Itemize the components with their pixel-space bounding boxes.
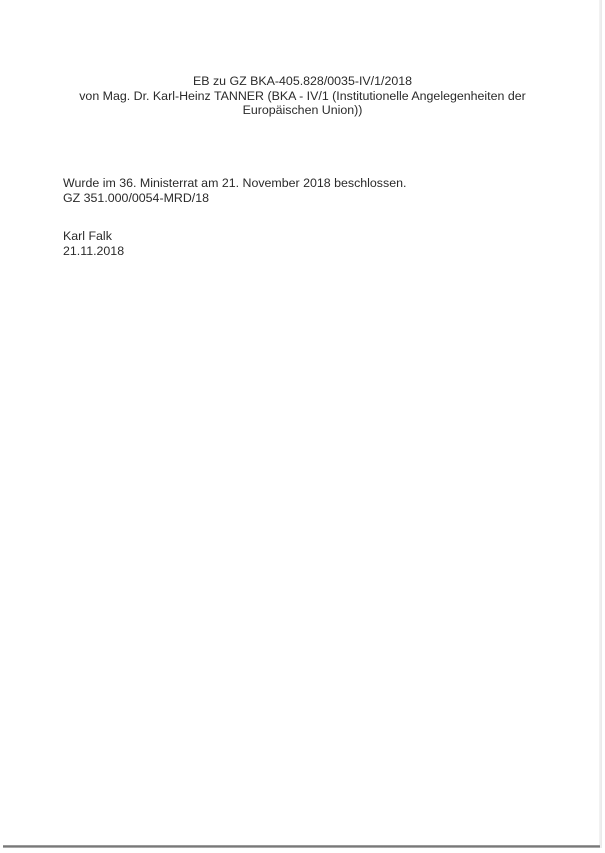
page-edge-shadow-right <box>599 0 602 848</box>
file-reference-line: EB zu GZ BKA-405.828/0035-IV/1/2018 <box>40 74 565 89</box>
decision-reference: GZ 351.000/0054-MRD/18 <box>63 191 406 206</box>
decision-text: Wurde im 36. Ministerrat am 21. November… <box>63 176 406 191</box>
signature-block: Karl Falk 21.11.2018 <box>63 229 124 258</box>
signatory-name: Karl Falk <box>63 229 124 244</box>
document-header: EB zu GZ BKA-405.828/0035-IV/1/2018 von … <box>40 74 565 118</box>
page-edge-shadow-bottom <box>3 845 600 848</box>
department-line: Europäischen Union)) <box>40 103 565 118</box>
author-line: von Mag. Dr. Karl-Heinz TANNER (BKA - IV… <box>40 89 565 104</box>
scanned-document-page: EB zu GZ BKA-405.828/0035-IV/1/2018 von … <box>0 0 605 853</box>
signature-date: 21.11.2018 <box>63 244 124 259</box>
decision-block: Wurde im 36. Ministerrat am 21. November… <box>63 176 406 205</box>
